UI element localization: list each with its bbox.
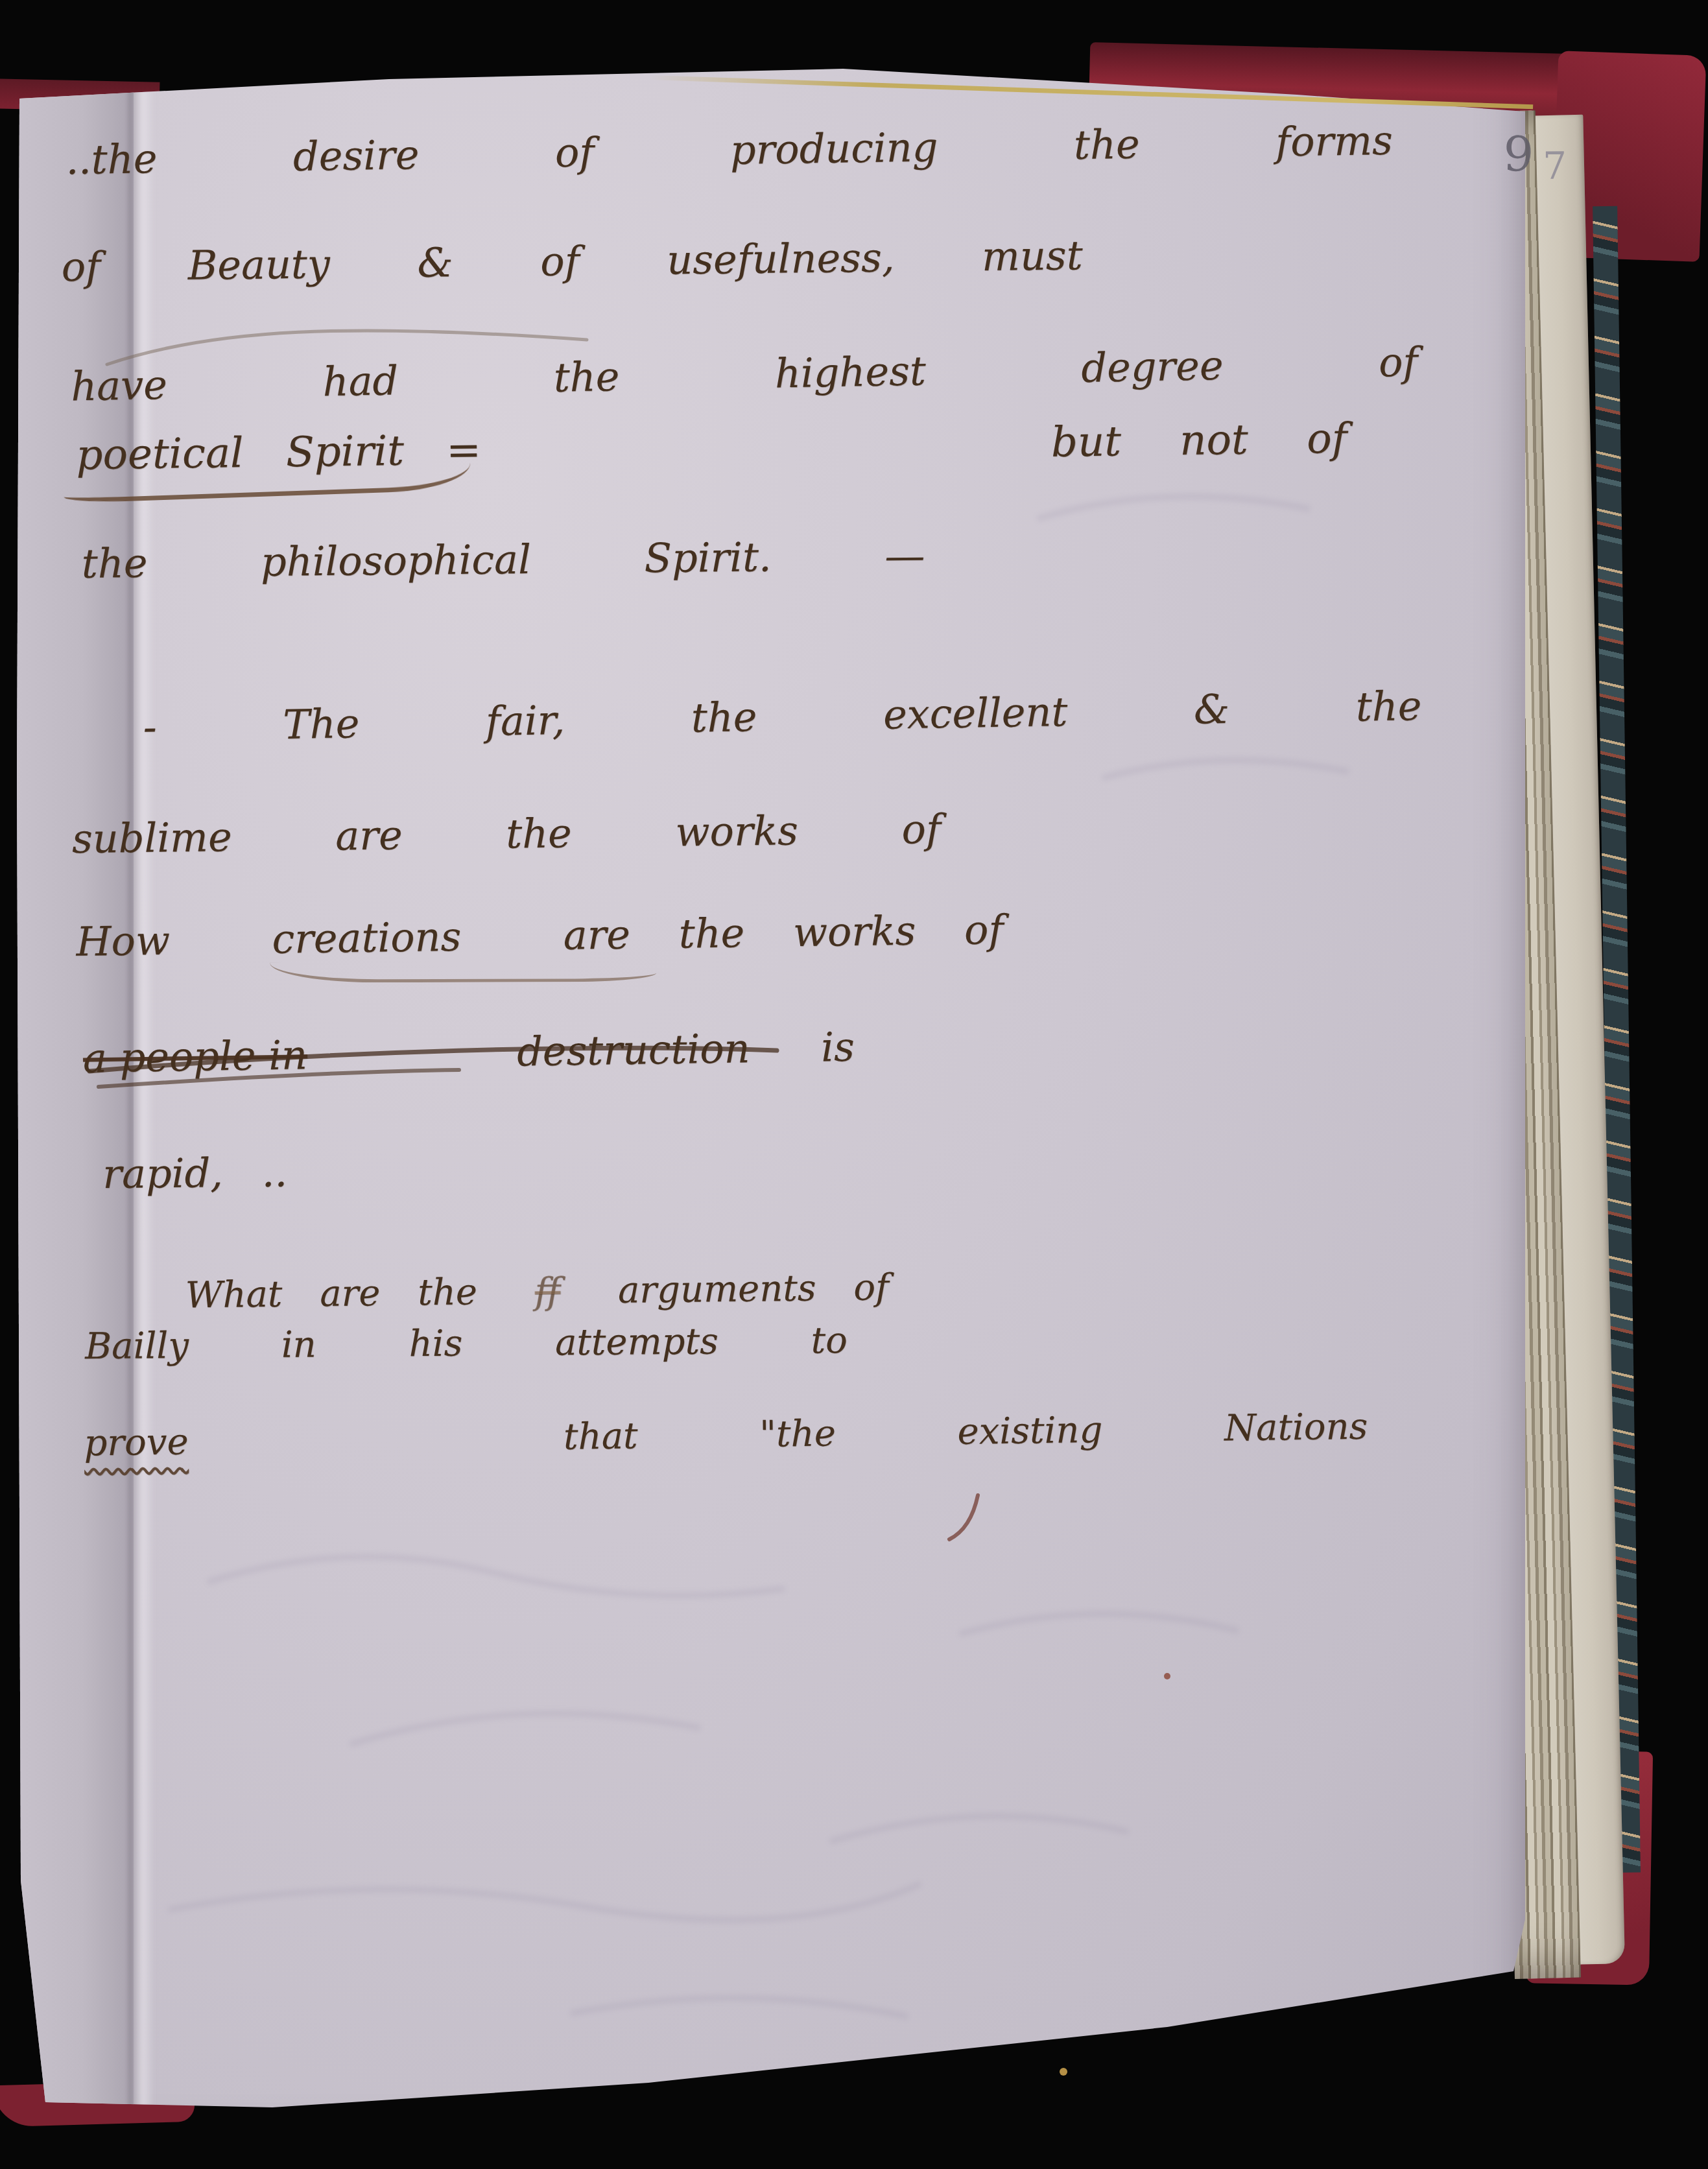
manuscript-text: sublime are the works of — [72, 805, 942, 862]
manuscript-text: arguments of — [618, 1266, 890, 1312]
manuscript-line-6: - The fair, the excellent & the — [143, 682, 1422, 751]
manuscript-text: - The fair, the excellent & the — [143, 682, 1422, 751]
manuscript-line-7: sublime are the works of — [72, 805, 942, 862]
manuscript-text-block: ..the desire of producing the forms of B… — [0, 0, 1708, 2169]
manuscript-text: rapid, .. — [102, 1148, 287, 1198]
manuscript-line-5: the philosophical Spirit. — — [82, 532, 925, 587]
manuscript-line-12: Bailly in his attempts to — [85, 1320, 848, 1368]
manuscript-text: that "the existing Nations — [563, 1406, 1368, 1458]
underlined-phrase: poetical Spirit = — [76, 426, 481, 479]
manuscript-line-4: poetical Spirit = but not of — [76, 415, 1347, 480]
wavy-underlined-word: prove — [84, 1421, 189, 1464]
struck-through-letters: ff — [534, 1270, 560, 1312]
notebook-photograph: 7 ..the desire of p — [0, 0, 1708, 2169]
manuscript-text: How — [76, 917, 170, 966]
manuscript-text: Bailly in his attempts to — [85, 1320, 848, 1368]
manuscript-text: of Beauty & of usefulness, must — [61, 231, 1083, 290]
manuscript-line-10: rapid, .. — [102, 1148, 287, 1198]
page-number-pencil: 9 — [1502, 126, 1535, 183]
manuscript-line-8: How creations are the works of — [76, 906, 1004, 966]
manuscript-text: What are the — [185, 1271, 478, 1316]
manuscript-text: the philosophical Spirit. — — [82, 532, 925, 587]
manuscript-text: destruction is — [517, 1023, 855, 1076]
manuscript-line-11: What are the ff arguments of — [185, 1266, 890, 1316]
manuscript-text: but not of — [1051, 415, 1347, 467]
manuscript-text: ..the desire of producing the forms — [65, 117, 1393, 184]
manuscript-text: have had the highest degree of — [71, 338, 1418, 410]
underlined-word: creations — [272, 913, 462, 963]
manuscript-text: are the works of — [563, 906, 1004, 959]
manuscript-line-1: ..the desire of producing the forms — [65, 117, 1337, 184]
manuscript-line-3: have had the highest degree of — [71, 338, 1418, 410]
manuscript-line-2: of Beauty & of usefulness, must — [61, 231, 1083, 290]
manuscript-line-13: prove that "the existing Nations — [84, 1406, 1368, 1465]
manuscript-line-9: a people in destruction is — [82, 1023, 855, 1082]
struck-through-phrase: a people in — [82, 1031, 307, 1082]
